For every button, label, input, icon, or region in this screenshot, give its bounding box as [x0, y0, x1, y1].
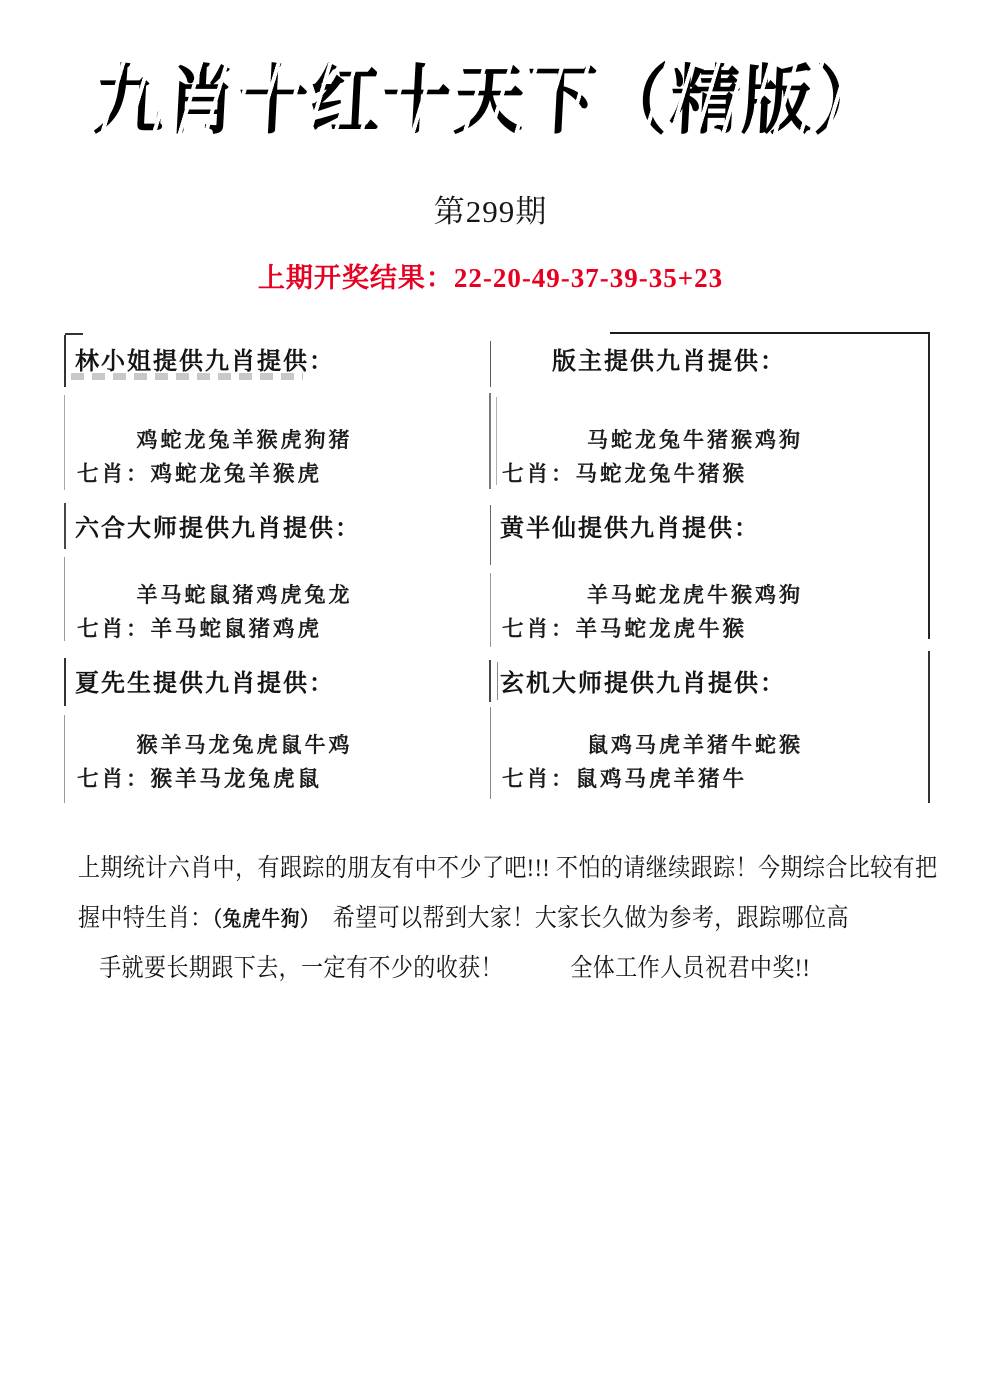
provider-name: 六合大师提供九肖提供：	[75, 508, 361, 543]
seven-zodiac-line: 七肖：马蛇龙兔牛猪猴	[502, 457, 747, 488]
nine-zodiac-line: 鸡蛇龙兔羊猴虎狗猪	[65, 424, 490, 454]
seven-zodiac-line: 七肖：猴羊马龙兔虎鼠	[77, 762, 322, 793]
issue-number: 第299期	[0, 186, 981, 231]
last-result-numbers: 22-20-49-37-39-35+23	[454, 263, 723, 293]
nine-zodiac-line: 猴羊马龙兔虎鼠牛鸡	[65, 729, 490, 759]
footer-line-2: 握中特生肖：（兔虎牛狗） 希望可以帮到大家！大家长久做为参考，跟踪哪位高	[78, 898, 849, 934]
seven-zodiac-line: 七肖：鸡蛇龙兔羊猴虎	[77, 457, 322, 488]
provider-name: 林小姐提供九肖提供：	[75, 341, 335, 376]
provider-name: 夏先生提供九肖提供：	[75, 663, 335, 698]
prediction-cell: 林小姐提供九肖提供： 鸡蛇龙兔羊猴虎狗猪 七肖：鸡蛇龙兔羊猴虎	[65, 333, 490, 500]
prediction-cell: 玄机大师提供九肖提供： 鼠鸡马虎羊猪牛蛇猴 七肖：鼠鸡马虎羊猪牛	[490, 655, 930, 805]
footer-line-2-pre: 握中特生肖：	[78, 905, 213, 932]
nine-zodiac-line: 羊马蛇龙虎牛猴鸡狗	[490, 579, 930, 609]
prediction-cell: 版主提供九肖提供： 马蛇龙兔牛猪猴鸡狗 七肖：马蛇龙兔牛猪猴	[490, 333, 930, 500]
footer-line-2-post: 希望可以帮到大家！大家长久做为参考，跟踪哪位高	[310, 905, 849, 932]
scanned-lottery-sheet: 九肖十红十天下（精版） 第299期 上期开奖结果：22-20-49-37-39-…	[0, 0, 981, 1388]
prediction-cell: 六合大师提供九肖提供： 羊马蛇鼠猪鸡虎兔龙 七肖：羊马蛇鼠猪鸡虎	[65, 500, 490, 655]
provider-name: 黄半仙提供九肖提供：	[500, 508, 760, 543]
nine-zodiac-line: 鼠鸡马虎羊猪牛蛇猴	[490, 729, 930, 759]
provider-name: 玄机大师提供九肖提供：	[500, 663, 786, 698]
provider-name: 版主提供九肖提供：	[490, 341, 930, 376]
nine-zodiac-line: 羊马蛇鼠猪鸡虎兔龙	[65, 579, 490, 609]
last-result-label: 上期开奖结果：	[258, 263, 454, 293]
nine-zodiac-line: 马蛇龙兔牛猪猴鸡狗	[490, 424, 930, 454]
scan-artifact	[71, 373, 303, 380]
page-title: 九肖十红十天下（精版）	[0, 40, 981, 149]
prediction-cell: 黄半仙提供九肖提供： 羊马蛇龙虎牛猴鸡狗 七肖：羊马蛇龙虎牛猴	[490, 500, 930, 655]
seven-zodiac-line: 七肖：羊马蛇鼠猪鸡虎	[77, 612, 322, 643]
footer-line-1: 上期统计六肖中，有跟踪的朋友有中不少了吧!!! 不怕的请继续跟踪！今期综合比较有…	[78, 848, 938, 884]
seven-zodiac-line: 七肖：鼠鸡马虎羊猪牛	[502, 762, 747, 793]
seven-zodiac-line: 七肖：羊马蛇龙虎牛猴	[502, 612, 747, 643]
prediction-table: 林小姐提供九肖提供： 鸡蛇龙兔羊猴虎狗猪 七肖：鸡蛇龙兔羊猴虎 版主提供九肖提供…	[65, 333, 930, 805]
last-result-line: 上期开奖结果：22-20-49-37-39-35+23	[0, 256, 981, 295]
footer-line-3: 手就要长期跟下去，一定有不少的收获！ 全体工作人员祝君中奖!!	[78, 948, 810, 984]
special-zodiac-highlight: （兔虎牛狗）	[213, 907, 311, 931]
prediction-cell: 夏先生提供九肖提供： 猴羊马龙兔虎鼠牛鸡 七肖：猴羊马龙兔虎鼠	[65, 655, 490, 805]
